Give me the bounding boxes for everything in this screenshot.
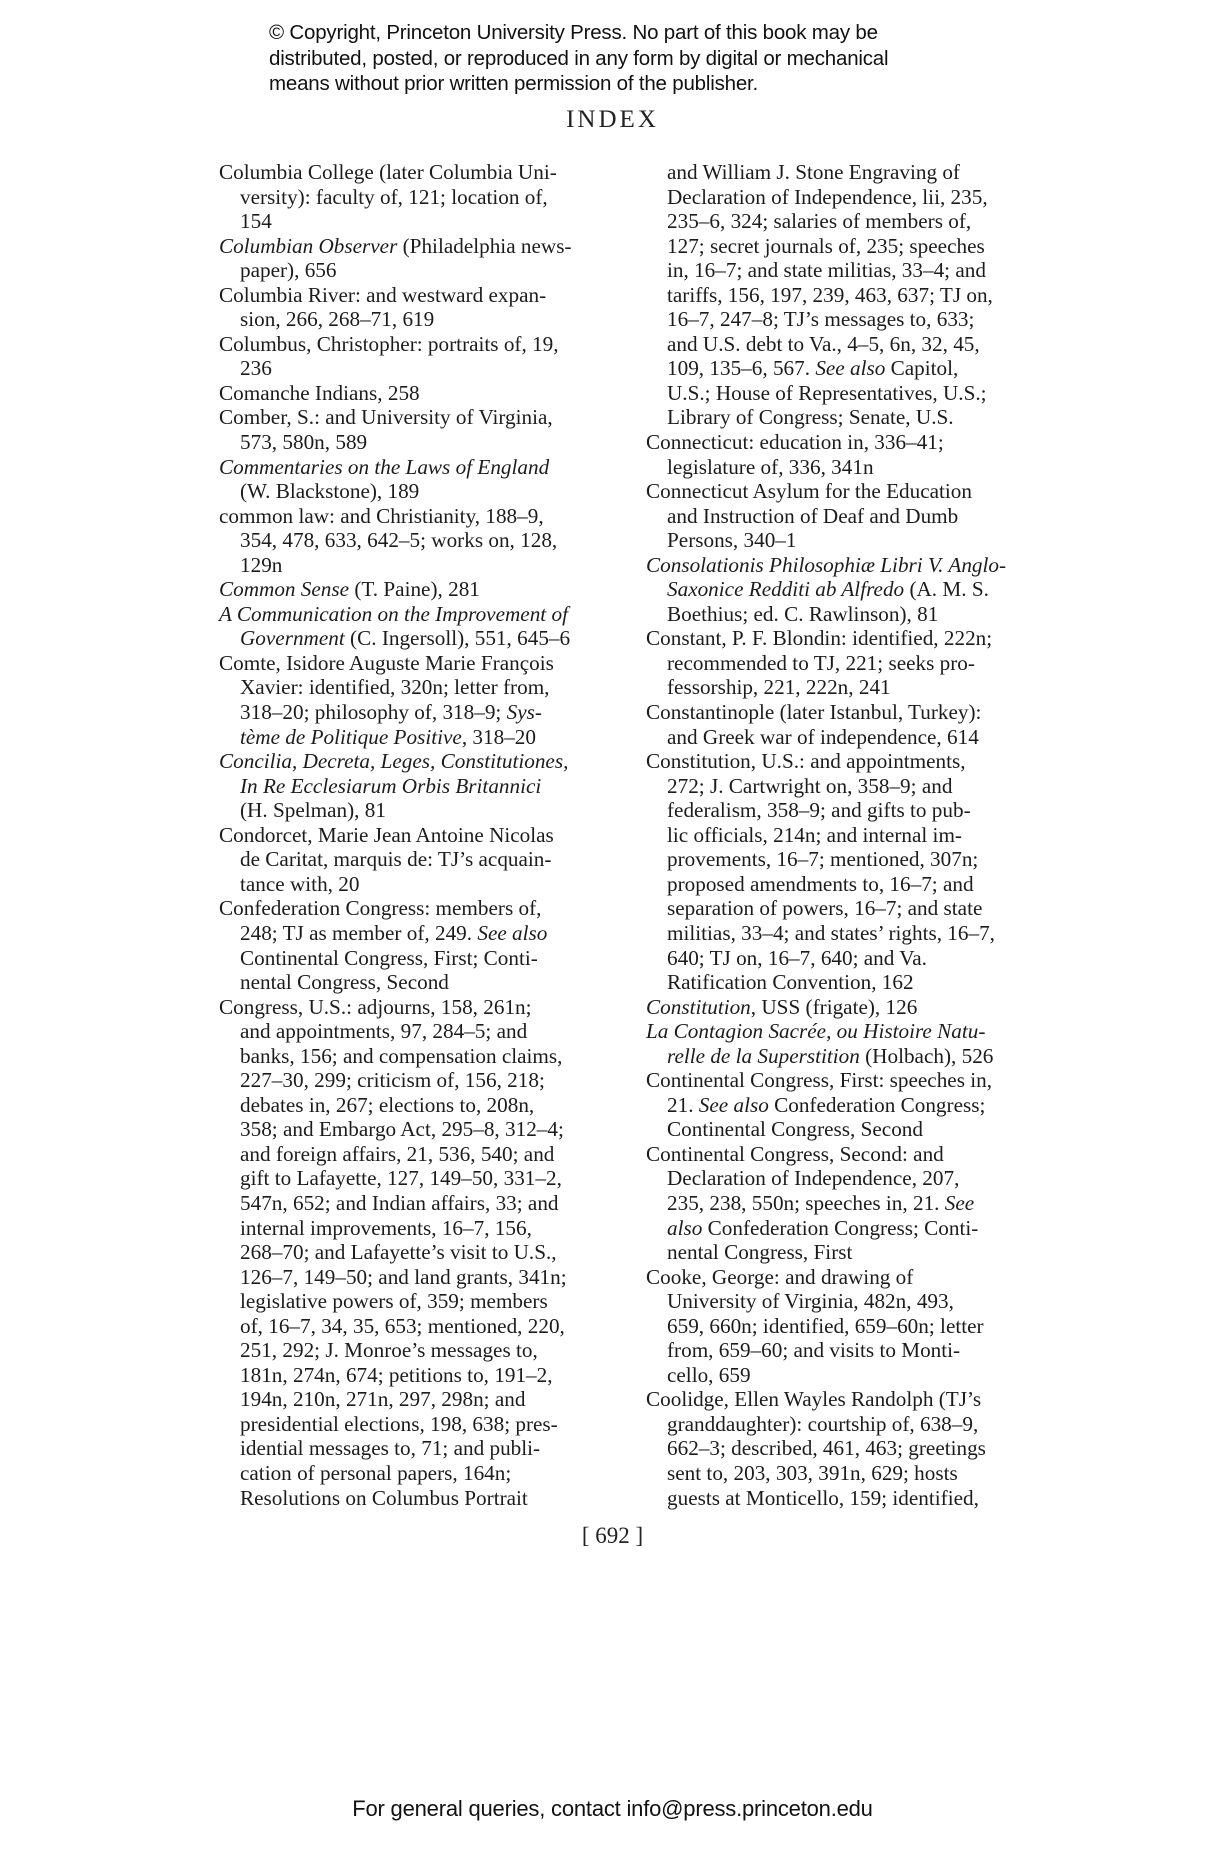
entry-text: common law: and Christianity, 188–9, bbox=[219, 504, 544, 528]
index-entry-continuation: presidential elections, 198, 638; pres- bbox=[219, 1412, 649, 1437]
entry-text: legislature of, 336, 341n bbox=[667, 455, 874, 479]
entry-text: and appointments, 97, 284–5; and bbox=[240, 1019, 527, 1043]
index-entry: Comber, S.: and University of Virginia, bbox=[219, 405, 649, 430]
entry-text: (H. Spelman), 81 bbox=[240, 798, 386, 822]
entry-text: Comber, S.: and University of Virginia, bbox=[219, 405, 553, 429]
index-entry-continuation: sion, 266, 268–71, 619 bbox=[219, 307, 649, 332]
entry-text: in, 16–7; and state militias, 33–4; and bbox=[667, 258, 986, 282]
index-column-right: and William J. Stone Engraving ofDeclara… bbox=[646, 160, 1076, 1510]
index-entry-continuation: U.S.; House of Representatives, U.S.; bbox=[646, 381, 1076, 406]
page-title: INDEX bbox=[0, 106, 1225, 134]
index-entry-continuation: 236 bbox=[219, 356, 649, 381]
index-entry-continuation: 547n, 652; and Indian affairs, 33; and bbox=[219, 1191, 649, 1216]
index-entry-continuation: federalism, 358–9; and gifts to pub- bbox=[646, 798, 1076, 823]
entry-text: 318–20; philosophy of, 318–9; bbox=[240, 700, 507, 724]
copyright-line: means without prior written permission o… bbox=[269, 71, 989, 97]
entry-text: and Instruction of Deaf and Dumb bbox=[667, 504, 958, 528]
italic-title-text: See bbox=[945, 1191, 974, 1215]
index-entry-continuation: fessorship, 221, 222n, 241 bbox=[646, 675, 1076, 700]
italic-title-text: Common Sense bbox=[219, 577, 349, 601]
index-entry-continuation: and Instruction of Deaf and Dumb bbox=[646, 504, 1076, 529]
entry-text: nental Congress, First bbox=[667, 1240, 852, 1264]
index-entry: Coolidge, Ellen Wayles Randolph (TJ’s bbox=[646, 1387, 1076, 1412]
index-entry-continuation: 129n bbox=[219, 553, 649, 578]
index-entry-continuation: Ratification Convention, 162 bbox=[646, 970, 1076, 995]
index-entry-continuation: of, 16–7, 34, 35, 653; mentioned, 220, bbox=[219, 1314, 649, 1339]
italic-title-text: See also bbox=[477, 921, 547, 945]
index-entry-continuation: 127; secret journals of, 235; speeches bbox=[646, 234, 1076, 259]
index-entry-continuation: also Confederation Congress; Conti- bbox=[646, 1216, 1076, 1241]
entry-text: 573, 580n, 589 bbox=[240, 430, 367, 454]
entry-text: idential messages to, 71; and publi- bbox=[240, 1436, 540, 1460]
entry-text: Continental Congress, Second bbox=[667, 1117, 923, 1141]
index-entry: Connecticut Asylum for the Education bbox=[646, 479, 1076, 504]
entry-text: Coolidge, Ellen Wayles Randolph (TJ’s bbox=[646, 1387, 981, 1411]
entry-text: 248; TJ as member of, 249. bbox=[240, 921, 477, 945]
entry-text: banks, 156; and compensation claims, bbox=[240, 1044, 562, 1068]
entry-text: Capitol, bbox=[885, 356, 958, 380]
index-entry-continuation: guests at Monticello, 159; identified, bbox=[646, 1486, 1076, 1511]
entry-text: (W. Blackstone), 189 bbox=[240, 479, 419, 503]
index-entry: Continental Congress, First: speeches in… bbox=[646, 1068, 1076, 1093]
index-entry: Comanche Indians, 258 bbox=[219, 381, 649, 406]
index-entry: A Communication on the Improvement of bbox=[219, 602, 649, 627]
index-entry-continuation: 227–30, 299; criticism of, 156, 218; bbox=[219, 1068, 649, 1093]
entry-text: lic officials, 214n; and internal im- bbox=[667, 823, 962, 847]
entry-text: Connecticut Asylum for the Education bbox=[646, 479, 972, 503]
entry-text: Columbus, Christopher: portraits of, 19, bbox=[219, 332, 559, 356]
entry-text: militias, 33–4; and states’ rights, 16–7… bbox=[667, 921, 995, 945]
index-entry: Constant, P. F. Blondin: identified, 222… bbox=[646, 626, 1076, 651]
entry-text: (T. Paine), 281 bbox=[349, 577, 480, 601]
entry-text: from, 659–60; and visits to Monti- bbox=[667, 1338, 960, 1362]
entry-text: Xavier: identified, 320n; letter from, bbox=[240, 675, 549, 699]
index-entry-continuation: versity): faculty of, 121; location of, bbox=[219, 185, 649, 210]
entry-text: (Holbach), 526 bbox=[860, 1044, 994, 1068]
index-entry-continuation: 358; and Embargo Act, 295–8, 312–4; bbox=[219, 1117, 649, 1142]
index-entry: Connecticut: education in, 336–41; bbox=[646, 430, 1076, 455]
entry-text: tariffs, 156, 197, 239, 463, 637; TJ on, bbox=[667, 283, 993, 307]
entry-text: 227–30, 299; criticism of, 156, 218; bbox=[240, 1068, 545, 1092]
entry-text: Confederation Congress; bbox=[769, 1093, 986, 1117]
entry-text: Comanche Indians, 258 bbox=[219, 381, 420, 405]
entry-text: Library of Congress; Senate, U.S. bbox=[667, 405, 954, 429]
entry-text: paper), 656 bbox=[240, 258, 336, 282]
entry-text: (C. Ingersoll), 551, 645–6 bbox=[345, 626, 570, 650]
entry-text: legislative powers of, 359; members bbox=[240, 1289, 548, 1313]
page-number: [ 692 ] bbox=[0, 1523, 1225, 1549]
entry-text: and Greek war of independence, 614 bbox=[667, 725, 979, 749]
index-entry-continuation: Government (C. Ingersoll), 551, 645–6 bbox=[219, 626, 649, 651]
entry-text: sent to, 203, 303, 391n, 629; hosts bbox=[667, 1461, 958, 1485]
index-entry: Columbian Observer (Philadelphia news- bbox=[219, 234, 649, 259]
entry-text: Confederation Congress: members of, bbox=[219, 896, 541, 920]
index-entry-continuation: 194n, 210n, 271n, 297, 298n; and bbox=[219, 1387, 649, 1412]
entry-text: 662–3; described, 461, 463; greetings bbox=[667, 1436, 986, 1460]
copyright-notice: © Copyright, Princeton University Press.… bbox=[269, 20, 989, 97]
index-entry-continuation: Boethius; ed. C. Rawlinson), 81 bbox=[646, 602, 1076, 627]
entry-text: 181n, 274n, 674; petitions to, 191–2, bbox=[240, 1363, 553, 1387]
entry-text: debates in, 267; elections to, 208n, bbox=[240, 1093, 534, 1117]
entry-text: 354, 478, 633, 642–5; works on, 128, bbox=[240, 528, 557, 552]
entry-text: presidential elections, 198, 638; pres- bbox=[240, 1412, 558, 1436]
entry-text: University of Virginia, 482n, 493, bbox=[667, 1289, 954, 1313]
index-entry-continuation: In Re Ecclesiarum Orbis Britannici bbox=[219, 774, 649, 799]
index-entry-continuation: granddaughter): courtship of, 638–9, bbox=[646, 1412, 1076, 1437]
entry-text: Congress, U.S.: adjourns, 158, 261n; bbox=[219, 995, 532, 1019]
entry-text: Columbia River: and westward expan- bbox=[219, 283, 546, 307]
entry-text: Columbia College (later Columbia Uni- bbox=[219, 160, 557, 184]
entry-text: , 318–20 bbox=[462, 725, 536, 749]
entry-text: Resolutions on Columbus Portrait bbox=[240, 1486, 528, 1510]
entry-text: 272; J. Cartwright on, 358–9; and bbox=[667, 774, 952, 798]
entry-text: Ratification Convention, 162 bbox=[667, 970, 914, 994]
entry-text: Confederation Congress; Conti- bbox=[702, 1216, 978, 1240]
index-entry-continuation: debates in, 267; elections to, 208n, bbox=[219, 1093, 649, 1118]
index-entry: Confederation Congress: members of, bbox=[219, 896, 649, 921]
index-entry: Consolationis Philosophiæ Libri V. Anglo… bbox=[646, 553, 1076, 578]
index-entry-continuation: Continental Congress, Second bbox=[646, 1117, 1076, 1142]
index-entry-continuation: from, 659–60; and visits to Monti- bbox=[646, 1338, 1076, 1363]
index-entry-continuation: paper), 656 bbox=[219, 258, 649, 283]
entry-text: Cooke, George: and drawing of bbox=[646, 1265, 913, 1289]
index-entry-continuation: 126–7, 149–50; and land grants, 341n; bbox=[219, 1265, 649, 1290]
index-entry-continuation: legislative powers of, 359; members bbox=[219, 1289, 649, 1314]
index-entry-continuation: sent to, 203, 303, 391n, 629; hosts bbox=[646, 1461, 1076, 1486]
index-entry-continuation: nental Congress, Second bbox=[219, 970, 649, 995]
entry-text: gift to Lafayette, 127, 149–50, 331–2, bbox=[240, 1166, 562, 1190]
entry-text: 235–6, 324; salaries of members of, bbox=[667, 209, 971, 233]
entry-text: Persons, 340–1 bbox=[667, 528, 796, 552]
index-entry-continuation: Persons, 340–1 bbox=[646, 528, 1076, 553]
index-entry-continuation: gift to Lafayette, 127, 149–50, 331–2, bbox=[219, 1166, 649, 1191]
index-entry-continuation: proposed amendments to, 16–7; and bbox=[646, 872, 1076, 897]
entry-text: 659, 660n; identified, 659–60n; letter bbox=[667, 1314, 984, 1338]
entry-text: versity): faculty of, 121; location of, bbox=[240, 185, 548, 209]
index-entry-continuation: tariffs, 156, 197, 239, 463, 637; TJ on, bbox=[646, 283, 1076, 308]
entry-text: sion, 266, 268–71, 619 bbox=[240, 307, 434, 331]
index-entry: Constitution, U.S.: and appointments, bbox=[646, 749, 1076, 774]
entry-text: Comte, Isidore Auguste Marie François bbox=[219, 651, 554, 675]
entry-text: 126–7, 149–50; and land grants, 341n; bbox=[240, 1265, 567, 1289]
index-entry-continuation: 16–7, 247–8; TJ’s messages to, 633; bbox=[646, 307, 1076, 332]
index-entry: La Contagion Sacrée, ou Histoire Natu- bbox=[646, 1019, 1076, 1044]
index-entry-continuation: tance with, 20 bbox=[219, 872, 649, 897]
index-entry-continuation: 318–20; philosophy of, 318–9; Sys- bbox=[219, 700, 649, 725]
entry-text: Boethius; ed. C. Rawlinson), 81 bbox=[667, 602, 938, 626]
entry-text: fessorship, 221, 222n, 241 bbox=[667, 675, 891, 699]
entry-text: separation of powers, 16–7; and state bbox=[667, 896, 982, 920]
entry-text: 358; and Embargo Act, 295–8, 312–4; bbox=[240, 1117, 564, 1141]
entry-text: recommended to TJ, 221; seeks pro- bbox=[667, 651, 975, 675]
index-entry-continuation: and foreign affairs, 21, 536, 540; and bbox=[219, 1142, 649, 1167]
italic-title-text: tème de Politique Positive bbox=[240, 725, 462, 749]
entry-text: Declaration of Independence, lii, 235, bbox=[667, 185, 988, 209]
index-entry-continuation: relle de la Superstition (Holbach), 526 bbox=[646, 1044, 1076, 1069]
entry-text: and William J. Stone Engraving of bbox=[667, 160, 960, 184]
index-entry-continuation: 251, 292; J. Monroe’s messages to, bbox=[219, 1338, 649, 1363]
index-entry: Constantinople (later Istanbul, Turkey): bbox=[646, 700, 1076, 725]
italic-title-text: Columbian Observer bbox=[219, 234, 397, 258]
entry-text: Condorcet, Marie Jean Antoine Nicolas bbox=[219, 823, 554, 847]
italic-title-text: Concilia, Decreta, Leges, Constitutiones… bbox=[219, 749, 568, 773]
italic-title-text: Sys- bbox=[507, 700, 542, 724]
index-entry-continuation: (H. Spelman), 81 bbox=[219, 798, 649, 823]
italic-title-text: Consolationis Philosophiæ Libri V. Anglo… bbox=[646, 553, 1006, 577]
italic-title-text: See also bbox=[699, 1093, 769, 1117]
entry-text: 129n bbox=[240, 553, 282, 577]
entry-text: tance with, 20 bbox=[240, 872, 359, 896]
index-entry-continuation: cation of personal papers, 164n; bbox=[219, 1461, 649, 1486]
entry-text: 127; secret journals of, 235; speeches bbox=[667, 234, 985, 258]
entry-text: (Philadelphia news- bbox=[397, 234, 571, 258]
index-column-left: Columbia College (later Columbia Uni-ver… bbox=[219, 160, 649, 1510]
index-entry-continuation: Library of Congress; Senate, U.S. bbox=[646, 405, 1076, 430]
italic-title-text: Constitution bbox=[646, 995, 751, 1019]
index-entry-continuation: and appointments, 97, 284–5; and bbox=[219, 1019, 649, 1044]
index-entry-continuation: internal improvements, 16–7, 156, bbox=[219, 1216, 649, 1241]
index-entry-continuation: cello, 659 bbox=[646, 1363, 1076, 1388]
footer-contact: For general queries, contact info@press.… bbox=[0, 1796, 1225, 1822]
italic-title-text: See also bbox=[815, 356, 885, 380]
index-entry: Cooke, George: and drawing of bbox=[646, 1265, 1076, 1290]
index-entry: Columbus, Christopher: portraits of, 19, bbox=[219, 332, 649, 357]
index-entry-continuation: lic officials, 214n; and internal im- bbox=[646, 823, 1076, 848]
index-entry-continuation: de Caritat, marquis de: TJ’s acquain- bbox=[219, 847, 649, 872]
entry-text: proposed amendments to, 16–7; and bbox=[667, 872, 974, 896]
entry-text: Constitution, U.S.: and appointments, bbox=[646, 749, 966, 773]
entry-text: provements, 16–7; mentioned, 307n; bbox=[667, 847, 978, 871]
index-entry-continuation: Xavier: identified, 320n; letter from, bbox=[219, 675, 649, 700]
index-entry-continuation: 154 bbox=[219, 209, 649, 234]
entry-text: (A. M. S. bbox=[904, 577, 989, 601]
index-entry-continuation: legislature of, 336, 341n bbox=[646, 455, 1076, 480]
entry-text: 21. bbox=[667, 1093, 699, 1117]
index-entry-continuation: and U.S. debt to Va., 4–5, 6n, 32, 45, bbox=[646, 332, 1076, 357]
italic-title-text: La Contagion Sacrée, ou Histoire Natu- bbox=[646, 1019, 985, 1043]
italic-title-text: relle de la Superstition bbox=[667, 1044, 860, 1068]
index-entry-continuation: Declaration of Independence, 207, bbox=[646, 1166, 1076, 1191]
index-entry-continuation: and Greek war of independence, 614 bbox=[646, 725, 1076, 750]
index-entry-continuation: Saxonice Redditi ab Alfredo (A. M. S. bbox=[646, 577, 1076, 602]
entry-text: 154 bbox=[240, 209, 272, 233]
entry-text: of, 16–7, 34, 35, 653; mentioned, 220, bbox=[240, 1314, 565, 1338]
index-entry-continuation: University of Virginia, 482n, 493, bbox=[646, 1289, 1076, 1314]
index-entry: Congress, U.S.: adjourns, 158, 261n; bbox=[219, 995, 649, 1020]
entry-text: Connecticut: education in, 336–41; bbox=[646, 430, 944, 454]
italic-title-text: Commentaries on the Laws of England bbox=[219, 455, 549, 479]
index-entry-continuation: 640; TJ on, 16–7, 640; and Va. bbox=[646, 946, 1076, 971]
index-entry-continuation: 272; J. Cartwright on, 358–9; and bbox=[646, 774, 1076, 799]
index-entry-continuation: 235–6, 324; salaries of members of, bbox=[646, 209, 1076, 234]
index-entry-continuation: banks, 156; and compensation claims, bbox=[219, 1044, 649, 1069]
index-entry-continuation: (W. Blackstone), 189 bbox=[219, 479, 649, 504]
index-entry-continuation: tème de Politique Positive, 318–20 bbox=[219, 725, 649, 750]
entry-text: , USS (frigate), 126 bbox=[751, 995, 918, 1019]
index-entry-continuation: 662–3; described, 461, 463; greetings bbox=[646, 1436, 1076, 1461]
entry-text: 251, 292; J. Monroe’s messages to, bbox=[240, 1338, 538, 1362]
index-entry-continuation: and William J. Stone Engraving of bbox=[646, 160, 1076, 185]
entry-text: guests at Monticello, 159; identified, bbox=[667, 1486, 979, 1510]
entry-text: 16–7, 247–8; TJ’s messages to, 633; bbox=[667, 307, 974, 331]
italic-title-text: also bbox=[667, 1216, 702, 1240]
index-entry: Constitution, USS (frigate), 126 bbox=[646, 995, 1076, 1020]
index-entry: Comte, Isidore Auguste Marie François bbox=[219, 651, 649, 676]
index-entry-continuation: 573, 580n, 589 bbox=[219, 430, 649, 455]
index-entry-continuation: 248; TJ as member of, 249. See also bbox=[219, 921, 649, 946]
entry-text: and foreign affairs, 21, 536, 540; and bbox=[240, 1142, 554, 1166]
copyright-line: distributed, posted, or reproduced in an… bbox=[269, 46, 989, 72]
index-entry-continuation: 268–70; and Lafayette’s visit to U.S., bbox=[219, 1240, 649, 1265]
index-entry-continuation: in, 16–7; and state militias, 33–4; and bbox=[646, 258, 1076, 283]
index-entry: Commentaries on the Laws of England bbox=[219, 455, 649, 480]
italic-title-text: In Re Ecclesiarum Orbis Britannici bbox=[240, 774, 541, 798]
index-entry-continuation: Resolutions on Columbus Portrait bbox=[219, 1486, 649, 1511]
entry-text: de Caritat, marquis de: TJ’s acquain- bbox=[240, 847, 551, 871]
index-entry-continuation: 109, 135–6, 567. See also Capitol, bbox=[646, 356, 1076, 381]
entry-text: 547n, 652; and Indian affairs, 33; and bbox=[240, 1191, 559, 1215]
index-entry-continuation: separation of powers, 16–7; and state bbox=[646, 896, 1076, 921]
index-entry-continuation: recommended to TJ, 221; seeks pro- bbox=[646, 651, 1076, 676]
entry-text: Constant, P. F. Blondin: identified, 222… bbox=[646, 626, 992, 650]
entry-text: 109, 135–6, 567. bbox=[667, 356, 815, 380]
entry-text: Continental Congress, First: speeches in… bbox=[646, 1068, 992, 1092]
entry-text: Constantinople (later Istanbul, Turkey): bbox=[646, 700, 981, 724]
entry-text: Continental Congress, Second: and bbox=[646, 1142, 944, 1166]
index-entry-continuation: militias, 33–4; and states’ rights, 16–7… bbox=[646, 921, 1076, 946]
entry-text: cation of personal papers, 164n; bbox=[240, 1461, 511, 1485]
copyright-line: © Copyright, Princeton University Press.… bbox=[269, 20, 989, 46]
index-entry: Condorcet, Marie Jean Antoine Nicolas bbox=[219, 823, 649, 848]
index-entry: common law: and Christianity, 188–9, bbox=[219, 504, 649, 529]
entry-text: and U.S. debt to Va., 4–5, 6n, 32, 45, bbox=[667, 332, 980, 356]
entry-text: 235, 238, 550n; speeches in, 21. bbox=[667, 1191, 945, 1215]
entry-text: 236 bbox=[240, 356, 272, 380]
index-entry-continuation: Declaration of Independence, lii, 235, bbox=[646, 185, 1076, 210]
italic-title-text: Government bbox=[240, 626, 345, 650]
index-entry: Columbia College (later Columbia Uni- bbox=[219, 160, 649, 185]
entry-text: Continental Congress, First; Conti- bbox=[240, 946, 538, 970]
entry-text: internal improvements, 16–7, 156, bbox=[240, 1216, 532, 1240]
index-entry-continuation: 659, 660n; identified, 659–60n; letter bbox=[646, 1314, 1076, 1339]
index-entry-continuation: provements, 16–7; mentioned, 307n; bbox=[646, 847, 1076, 872]
index-entry: Continental Congress, Second: and bbox=[646, 1142, 1076, 1167]
index-entry-continuation: idential messages to, 71; and publi- bbox=[219, 1436, 649, 1461]
index-entry: Common Sense (T. Paine), 281 bbox=[219, 577, 649, 602]
entry-text: nental Congress, Second bbox=[240, 970, 449, 994]
index-entry: Columbia River: and westward expan- bbox=[219, 283, 649, 308]
index-entry-continuation: nental Congress, First bbox=[646, 1240, 1076, 1265]
entry-text: Declaration of Independence, 207, bbox=[667, 1166, 959, 1190]
entry-text: federalism, 358–9; and gifts to pub- bbox=[667, 798, 971, 822]
italic-title-text: A Communication on the Improvement of bbox=[219, 602, 568, 626]
index-entry-continuation: 21. See also Confederation Congress; bbox=[646, 1093, 1076, 1118]
italic-title-text: Saxonice Redditi ab Alfredo bbox=[667, 577, 904, 601]
entry-text: U.S.; House of Representatives, U.S.; bbox=[667, 381, 987, 405]
index-entry-continuation: Continental Congress, First; Conti- bbox=[219, 946, 649, 971]
index-entry: Concilia, Decreta, Leges, Constitutiones… bbox=[219, 749, 649, 774]
entry-text: 194n, 210n, 271n, 297, 298n; and bbox=[240, 1387, 525, 1411]
entry-text: cello, 659 bbox=[667, 1363, 751, 1387]
index-entry-continuation: 181n, 274n, 674; petitions to, 191–2, bbox=[219, 1363, 649, 1388]
entry-text: 640; TJ on, 16–7, 640; and Va. bbox=[667, 946, 927, 970]
entry-text: 268–70; and Lafayette’s visit to U.S., bbox=[240, 1240, 557, 1264]
index-entry-continuation: 235, 238, 550n; speeches in, 21. See bbox=[646, 1191, 1076, 1216]
entry-text: granddaughter): courtship of, 638–9, bbox=[667, 1412, 978, 1436]
index-entry-continuation: 354, 478, 633, 642–5; works on, 128, bbox=[219, 528, 649, 553]
